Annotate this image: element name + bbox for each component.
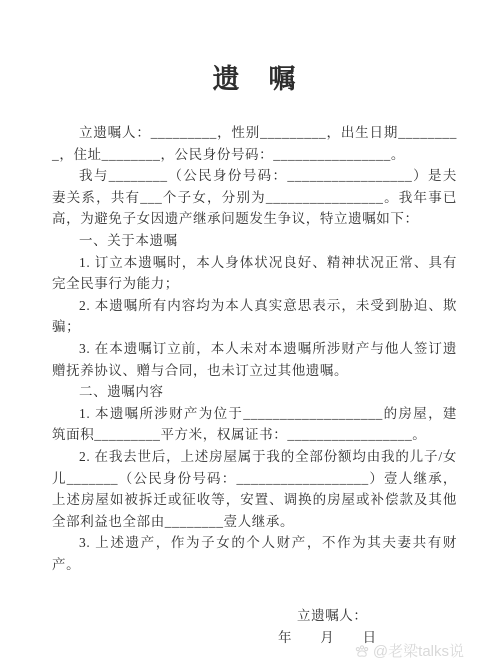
clause-content-2: 2. 在我去世后，上述房屋属于我的全部份额均由我的儿子/女儿_______（公民… bbox=[52, 446, 457, 532]
heading-section-about: 一、关于本遗嘱 bbox=[52, 230, 457, 252]
heading-section-content: 二、遗嘱内容 bbox=[52, 381, 457, 403]
clause-content-1: 1. 本遗嘱所涉财产为位于___________________的房屋，建筑面积… bbox=[52, 403, 457, 446]
para-testator-info: 立遗嘱人：_________，性别_________，出生日期_________… bbox=[52, 122, 457, 165]
clause-about-2: 2. 本遗嘱所有内容均为本人真实意思表示，未受到胁迫、欺骗； bbox=[52, 295, 457, 338]
document-title: 遗 嘱 bbox=[52, 62, 457, 96]
testator-signature-label: 立遗嘱人： bbox=[297, 605, 457, 627]
clause-content-3: 3. 上述遗产，作为子女的个人财产，不作为其夫妻共有财产。 bbox=[52, 532, 457, 575]
clause-about-3: 3. 在本遗嘱订立前，本人未对本遗嘱所涉财产与他人签订遗赠抚养协议、赠与合同，也… bbox=[52, 338, 457, 381]
watermark: @老梁talks说 bbox=[353, 640, 464, 661]
clause-about-1: 1. 订立本遗嘱时，本人身体状况良好、精神状况正常、具有完全民事行为能力； bbox=[52, 252, 457, 295]
will-document-page: 遗 嘱 立遗嘱人：_________，性别_________，出生日期_____… bbox=[0, 0, 500, 667]
para-family-info: 我与________（公民身份号码：_________________）是夫妻关… bbox=[52, 165, 457, 230]
paw-icon bbox=[353, 642, 371, 660]
document-body: 立遗嘱人：_________，性别_________，出生日期_________… bbox=[52, 122, 457, 575]
watermark-text: @老梁talks说 bbox=[373, 640, 464, 661]
